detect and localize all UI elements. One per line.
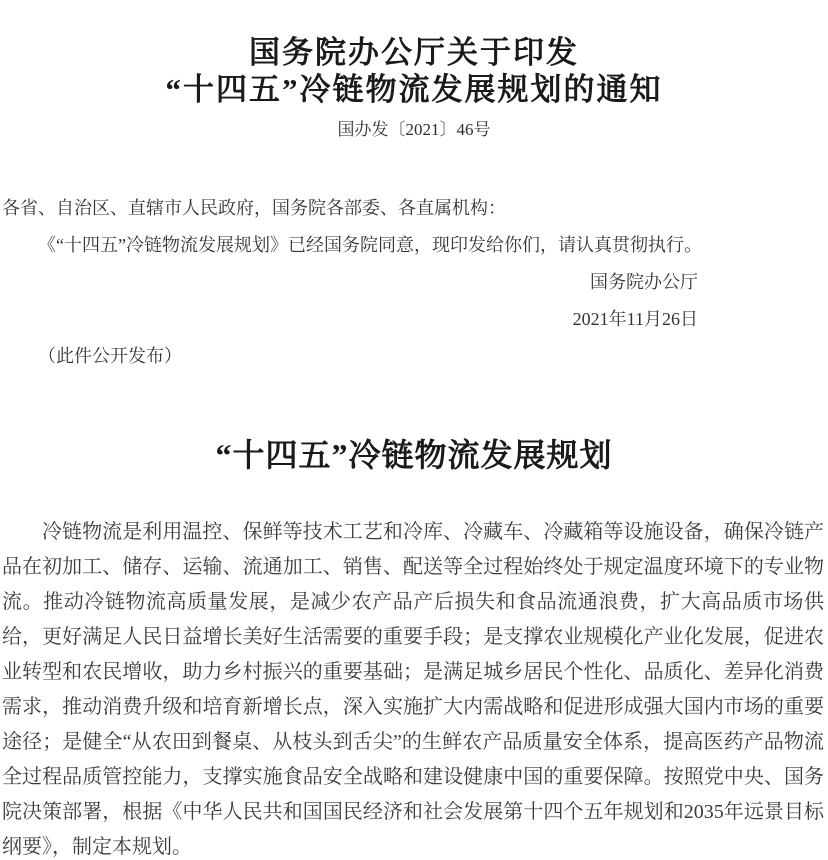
signature-date: 2021年11月26日	[2, 301, 824, 338]
signature-organization: 国务院办公厅	[2, 264, 824, 301]
notice-section: 各省、自治区、直辖市人民政府，国务院各部委、各直属机构： 《“十四五”冷链物流发…	[0, 190, 828, 375]
public-release-note: （此件公开发布）	[2, 338, 824, 375]
document-header: 国务院办公厅关于印发 “十四五”冷链物流发展规划的通知 国办发〔2021〕46号	[0, 0, 828, 142]
notice-body-paragraph: 《“十四五”冷链物流发展规划》已经国务院同意，现印发给你们，请认真贯彻执行。	[2, 227, 824, 264]
notice-title-line2: “十四五”冷链物流发展规划的通知	[0, 71, 828, 108]
plan-title: “十四五”冷链物流发展规划	[0, 437, 828, 473]
notice-title-line1: 国务院办公厅关于印发	[0, 34, 828, 71]
document-number: 国办发〔2021〕46号	[0, 118, 828, 142]
document: 国务院办公厅关于印发 “十四五”冷链物流发展规划的通知 国办发〔2021〕46号…	[0, 0, 828, 860]
notice-salutation: 各省、自治区、直辖市人民政府，国务院各部委、各直属机构：	[2, 190, 824, 227]
plan-intro-paragraph: 冷链物流是利用温控、保鲜等技术工艺和冷库、冷藏车、冷藏箱等设施设备，确保冷链产品…	[0, 515, 828, 860]
